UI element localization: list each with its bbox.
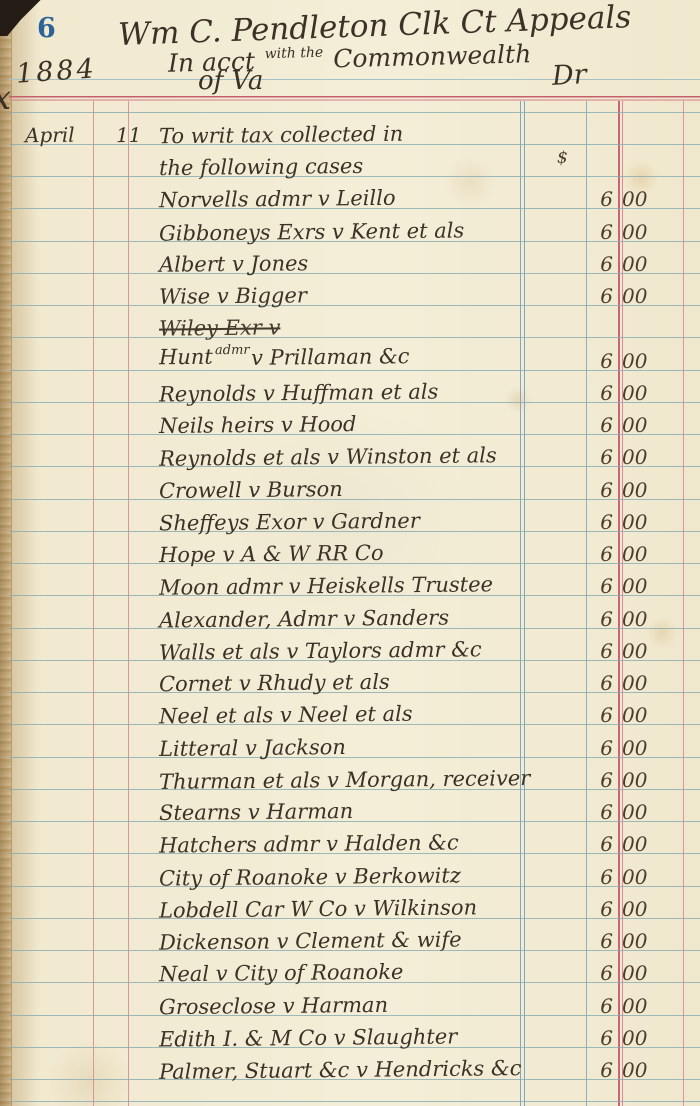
dollars-cell: 6 xyxy=(551,477,619,499)
dr-label: Dr xyxy=(551,59,587,92)
cents-cell: 00 xyxy=(619,251,656,273)
ledger-row: City of Roanoke v Berkowitz600 xyxy=(9,854,700,886)
amount-cents: 00 xyxy=(622,608,647,630)
case-name: Norvells admr v Leillo xyxy=(159,186,396,212)
dollars-cell: 6 xyxy=(551,380,619,402)
amount-dollars: 6 xyxy=(600,221,613,243)
description-cell: Thurman et als v Morgan, receiver xyxy=(151,765,551,789)
description-cell: City of Roanoke v Berkowitz xyxy=(151,862,551,886)
cents-cell: 00 xyxy=(619,1025,656,1047)
cents-cell: 00 xyxy=(619,831,656,853)
description-cell: Hatchers admr v Halden &c xyxy=(151,829,551,853)
amount-dollars: 6 xyxy=(600,446,613,468)
ledger-row: Moon admr v Heiskells Trustee600 xyxy=(9,564,700,596)
amount-dollars: 6 xyxy=(600,995,613,1017)
amount-dollars: 6 xyxy=(600,414,613,436)
amount-cents: 00 xyxy=(622,801,647,823)
ledger-row: Gibboneys Exrs v Kent et als600 xyxy=(9,209,700,241)
cents-cell: 00 xyxy=(619,1057,656,1079)
dollars-cell: 6 xyxy=(551,896,619,918)
description-cell: Neel et als v Neel et als xyxy=(151,700,551,724)
amount-dollars: 6 xyxy=(600,833,613,855)
ledger-row: Norvells admr v Leillo600 xyxy=(9,177,700,209)
amount-dollars: 6 xyxy=(600,479,613,501)
ledger-row: Groseclose v Harman600 xyxy=(9,983,700,1015)
description-cell: Neils heirs v Hood xyxy=(151,410,551,434)
date-day: 11 xyxy=(116,123,142,147)
day-cell: 11 xyxy=(109,120,151,144)
dollars-cell: 6 xyxy=(551,638,619,660)
ledger-row: Thurman et als v Morgan, receiver600 xyxy=(9,758,700,790)
dollars-cell: 6 xyxy=(551,573,619,595)
description-cell: the following cases xyxy=(151,152,551,176)
amount-dollars: 6 xyxy=(600,737,613,759)
amount-cents: 00 xyxy=(622,898,647,920)
amount-dollars: 6 xyxy=(600,511,613,533)
description-cell: Wiley Exr v xyxy=(151,313,551,337)
dollars-cell: 6 xyxy=(551,831,619,853)
description-cell: Sheffeys Exor v Gardner xyxy=(151,507,551,531)
amount-dollars: 6 xyxy=(600,350,613,372)
amount-dollars: 6 xyxy=(600,640,613,662)
inserted-word: admr xyxy=(215,338,250,362)
case-name: Wise v Bigger xyxy=(159,283,307,309)
case-name: City of Roanoke v Berkowitz xyxy=(159,863,461,890)
case-name-part: v Prillaman &c xyxy=(251,344,410,370)
amount-cents: 00 xyxy=(622,285,647,307)
ledger-row: Hatchers admr v Halden &c600 xyxy=(9,822,700,854)
cents-cell: 00 xyxy=(619,606,656,628)
case-name: Walls et als v Taylors admr &c xyxy=(159,637,482,664)
dollars-cell: 6 xyxy=(551,186,619,208)
case-name: Gibboneys Exrs v Kent et als xyxy=(159,218,464,245)
dollars-cell: 6 xyxy=(551,702,619,724)
ledger-row: April11To writ tax collected in xyxy=(9,113,700,145)
amount-cents: 00 xyxy=(622,188,647,210)
amount-cents: 00 xyxy=(622,866,647,888)
ledger-row: Cornet v Rhudy et als600 xyxy=(9,661,700,693)
header-blue-rule xyxy=(9,79,700,80)
amount-cents: 00 xyxy=(622,382,647,404)
case-name: Neal v City of Roanoke xyxy=(159,960,404,987)
dollars-cell: 6 xyxy=(551,348,619,370)
cents-cell: 00 xyxy=(619,541,656,563)
amount-dollars: 6 xyxy=(600,285,613,307)
ledger-row: Albert v Jones600 xyxy=(9,242,700,274)
amount-dollars: 6 xyxy=(600,898,613,920)
amount-cents: 00 xyxy=(622,350,647,372)
dollars-cell: 6 xyxy=(551,928,619,950)
dollars-cell: 6 xyxy=(551,541,619,563)
amount-cents: 00 xyxy=(622,1059,647,1081)
amount-cents: 00 xyxy=(622,704,647,726)
ledger-row: Dickenson v Clement & wife600 xyxy=(9,919,700,951)
dollars-cell: 6 xyxy=(551,1025,619,1047)
amount-dollars: 6 xyxy=(600,672,613,694)
case-name: Neils heirs v Hood xyxy=(159,412,357,438)
cents-cell: 00 xyxy=(619,767,656,789)
description-cell: Crowell v Burson xyxy=(151,475,551,499)
bottom-spacer-row xyxy=(9,1080,700,1102)
case-name: Albert v Jones xyxy=(159,251,308,277)
cents-cell: 00 xyxy=(619,477,656,499)
description-cell: Hope v A & W RR Co xyxy=(151,539,551,563)
amount-dollars: 6 xyxy=(600,575,613,597)
amount-cents: 00 xyxy=(622,995,647,1017)
description-cell: Gibboneys Exrs v Kent et als xyxy=(151,217,551,241)
amount-cents: 00 xyxy=(622,1027,647,1049)
ledger-row: Lobdell Car W Co v Wilkinson600 xyxy=(9,887,700,919)
date-month: April xyxy=(25,122,75,147)
ledger-row: Hope v A & W RR Co600 xyxy=(9,532,700,564)
case-name: Sheffeys Exor v Gardner xyxy=(159,508,420,535)
description-cell: Wise v Bigger xyxy=(151,281,551,305)
amount-dollars: 6 xyxy=(600,801,613,823)
ledger-row: Crowell v Burson600 xyxy=(9,467,700,499)
cents-cell: 00 xyxy=(619,799,656,821)
ledger-row: Palmer, Stuart &c v Hendricks &c600 xyxy=(9,1048,700,1080)
description-cell: Huntadmr v Prillaman &c xyxy=(151,342,551,370)
description-cell: Stearns v Harman xyxy=(151,797,551,821)
case-name: Alexander, Admr v Sanders xyxy=(159,605,449,632)
cents-cell: 00 xyxy=(619,283,656,305)
dollars-cell: 6 xyxy=(551,799,619,821)
dollars-cell: 6 xyxy=(551,251,619,273)
title-line2-post: Commonwealth xyxy=(333,39,532,73)
cents-cell: 00 xyxy=(619,348,656,370)
case-name: Reynolds et als v Winston et als xyxy=(159,443,497,471)
ledger-row: Reynolds et als v Winston et als600 xyxy=(9,435,700,467)
amount-cents: 00 xyxy=(622,253,647,275)
cents-cell: 00 xyxy=(619,896,656,918)
case-name: Lobdell Car W Co v Wilkinson xyxy=(159,895,477,922)
cents-cell: 00 xyxy=(619,638,656,660)
amount-dollars: 6 xyxy=(600,1027,613,1049)
dollars-cell: 6 xyxy=(551,864,619,886)
amount-dollars: 6 xyxy=(600,930,613,952)
ledger-title-line3: of Va xyxy=(198,66,263,96)
description-cell: Litteral v Jackson xyxy=(151,733,551,757)
case-name: Groseclose v Harman xyxy=(159,992,388,1018)
cents-cell: 00 xyxy=(619,702,656,724)
ledger-row: the following cases$ xyxy=(9,145,700,177)
ledger-row: Litteral v Jackson600 xyxy=(9,725,700,757)
amount-dollars: 6 xyxy=(600,704,613,726)
description-cell: Lobdell Car W Co v Wilkinson xyxy=(151,894,551,918)
cents-cell: 00 xyxy=(619,735,656,757)
case-name: Hatchers admr v Halden &c xyxy=(159,831,459,858)
case-name: Hope v A & W RR Co xyxy=(159,541,384,567)
cents-cell: 00 xyxy=(619,380,656,402)
case-name: Dickenson v Clement & wife xyxy=(159,927,462,954)
amount-cents: 00 xyxy=(622,479,647,501)
cents-cell: 00 xyxy=(619,219,656,241)
description-cell: Edith I. & M Co v Slaughter xyxy=(151,1023,551,1047)
case-name: Stearns v Harman xyxy=(159,799,353,825)
description-cell: Albert v Jones xyxy=(151,249,551,273)
date-cell: April xyxy=(9,120,109,144)
struck-entry: Wiley Exr v xyxy=(159,316,281,341)
ledger-page: 6 Wm C. Pendleton Clk Ct Appeals In acct… xyxy=(0,0,700,1106)
dollars-cell: 6 xyxy=(551,283,619,305)
dollars-cell: 6 xyxy=(551,960,619,982)
dollars-cell: 6 xyxy=(551,735,619,757)
description-cell: Palmer, Stuart &c v Hendricks &c xyxy=(151,1055,551,1079)
cents-cell: 00 xyxy=(619,444,656,466)
cents-cell: 00 xyxy=(619,412,656,434)
description-cell: Reynolds et als v Winston et als xyxy=(151,442,551,466)
amount-cents: 00 xyxy=(622,640,647,662)
description-cell: Cornet v Rhudy et als xyxy=(151,668,551,692)
dollars-cell: 6 xyxy=(551,670,619,692)
ledger-row: Stearns v Harman600 xyxy=(9,790,700,822)
dollars-cell: 6 xyxy=(551,993,619,1015)
dollars-cell: 6 xyxy=(551,606,619,628)
description-cell: Walls et als v Taylors admr &c xyxy=(151,636,551,660)
case-name: Neel et als v Neel et als xyxy=(159,702,413,729)
description-cell: Groseclose v Harman xyxy=(151,991,551,1015)
amount-dollars: 6 xyxy=(600,866,613,888)
amount-cents: 00 xyxy=(622,414,647,436)
cents-cell: 00 xyxy=(619,573,656,595)
ledger-row: Wiley Exr v xyxy=(9,306,700,338)
cents-cell: 00 xyxy=(619,509,656,531)
dollars-cell: 6 xyxy=(551,509,619,531)
description-cell: Moon admr v Heiskells Trustee xyxy=(151,571,551,595)
amount-dollars: 6 xyxy=(600,1059,613,1081)
amount-cents: 00 xyxy=(622,672,647,694)
case-name: Moon admr v Heiskells Trustee xyxy=(159,573,493,600)
amount-cents: 00 xyxy=(622,221,647,243)
dollar-sign: $ xyxy=(557,148,568,168)
amount-dollars: 6 xyxy=(600,253,613,275)
case-name: Reynolds v Huffman et als xyxy=(159,379,439,406)
cents-cell: 00 xyxy=(619,960,656,982)
cents-cell: 00 xyxy=(619,186,656,208)
amount-cents: 00 xyxy=(622,833,647,855)
description-cell: Reynolds v Huffman et als xyxy=(151,378,551,402)
description-cell: Norvells admr v Leillo xyxy=(151,184,551,208)
dollars-cell: 6 xyxy=(551,1057,619,1079)
description-cell: To writ tax collected in xyxy=(151,120,551,144)
cents-cell: 00 xyxy=(619,928,656,950)
ledger-row: Walls et als v Taylors admr &c600 xyxy=(9,629,700,661)
amount-cents: 00 xyxy=(622,930,647,952)
case-name: Crowell v Burson xyxy=(159,477,343,503)
description-cell: Dickenson v Clement & wife xyxy=(151,926,551,950)
amount-dollars: 6 xyxy=(600,769,613,791)
header-spacer-row xyxy=(9,101,700,113)
amount-dollars: 6 xyxy=(600,543,613,565)
dollars-cell: 6 xyxy=(551,412,619,434)
cents-cell: 00 xyxy=(619,864,656,886)
amount-dollars: 6 xyxy=(600,962,613,984)
case-name: Cornet v Rhudy et als xyxy=(159,670,390,696)
cents-cell: 00 xyxy=(619,670,656,692)
ledger-row: Sheffeys Exor v Gardner600 xyxy=(9,500,700,532)
case-name-part: Hunt xyxy=(159,344,213,369)
amount-dollars: 6 xyxy=(600,188,613,210)
page-number: 6 xyxy=(37,13,56,44)
case-name: Thurman et als v Morgan, receiver xyxy=(159,766,530,794)
case-name: Litteral v Jackson xyxy=(159,735,346,761)
cents-cell: 00 xyxy=(619,993,656,1015)
ledger-row: Alexander, Admr v Sanders600 xyxy=(9,596,700,628)
ledger-row: Neils heirs v Hood600 xyxy=(9,403,700,435)
amount-dollars: 6 xyxy=(600,382,613,404)
ledger-row: Wise v Bigger600 xyxy=(9,274,700,306)
amount-cents: 00 xyxy=(622,446,647,468)
amount-cents: 00 xyxy=(622,511,647,533)
case-name: Palmer, Stuart &c v Hendricks &c xyxy=(159,1056,522,1084)
ledger-rows: April11To writ tax collected inthe follo… xyxy=(9,101,700,1106)
amount-dollars: 6 xyxy=(600,608,613,630)
amount-cents: 00 xyxy=(622,737,647,759)
margin-mark: x xyxy=(0,78,11,118)
ledger-row: Neel et als v Neel et als600 xyxy=(9,693,700,725)
dollars-cell: 6 xyxy=(551,219,619,241)
amount-cents: 00 xyxy=(622,962,647,984)
ledger-row: Huntadmr v Prillaman &c600 xyxy=(9,338,700,370)
amount-cents: 00 xyxy=(622,575,647,597)
case-name: the following cases xyxy=(159,154,363,180)
ledger-row: Neal v City of Roanoke600 xyxy=(9,951,700,983)
case-name: Edith I. & M Co v Slaughter xyxy=(159,1024,458,1051)
amount-cents: 00 xyxy=(622,543,647,565)
ledger-row: Reynolds v Huffman et als600 xyxy=(9,371,700,403)
case-name: To writ tax collected in xyxy=(159,121,404,148)
description-cell: Alexander, Admr v Sanders xyxy=(151,604,551,628)
dollars-cell: 6 xyxy=(551,767,619,789)
description-cell: Neal v City of Roanoke xyxy=(151,958,551,982)
title-line2-insert: with the xyxy=(264,45,323,63)
amount-cents: 00 xyxy=(622,769,647,791)
dollars-cell: 6 xyxy=(551,444,619,466)
year-label: 1884 xyxy=(15,53,98,90)
ledger-row: Edith I. & M Co v Slaughter600 xyxy=(9,1016,700,1048)
